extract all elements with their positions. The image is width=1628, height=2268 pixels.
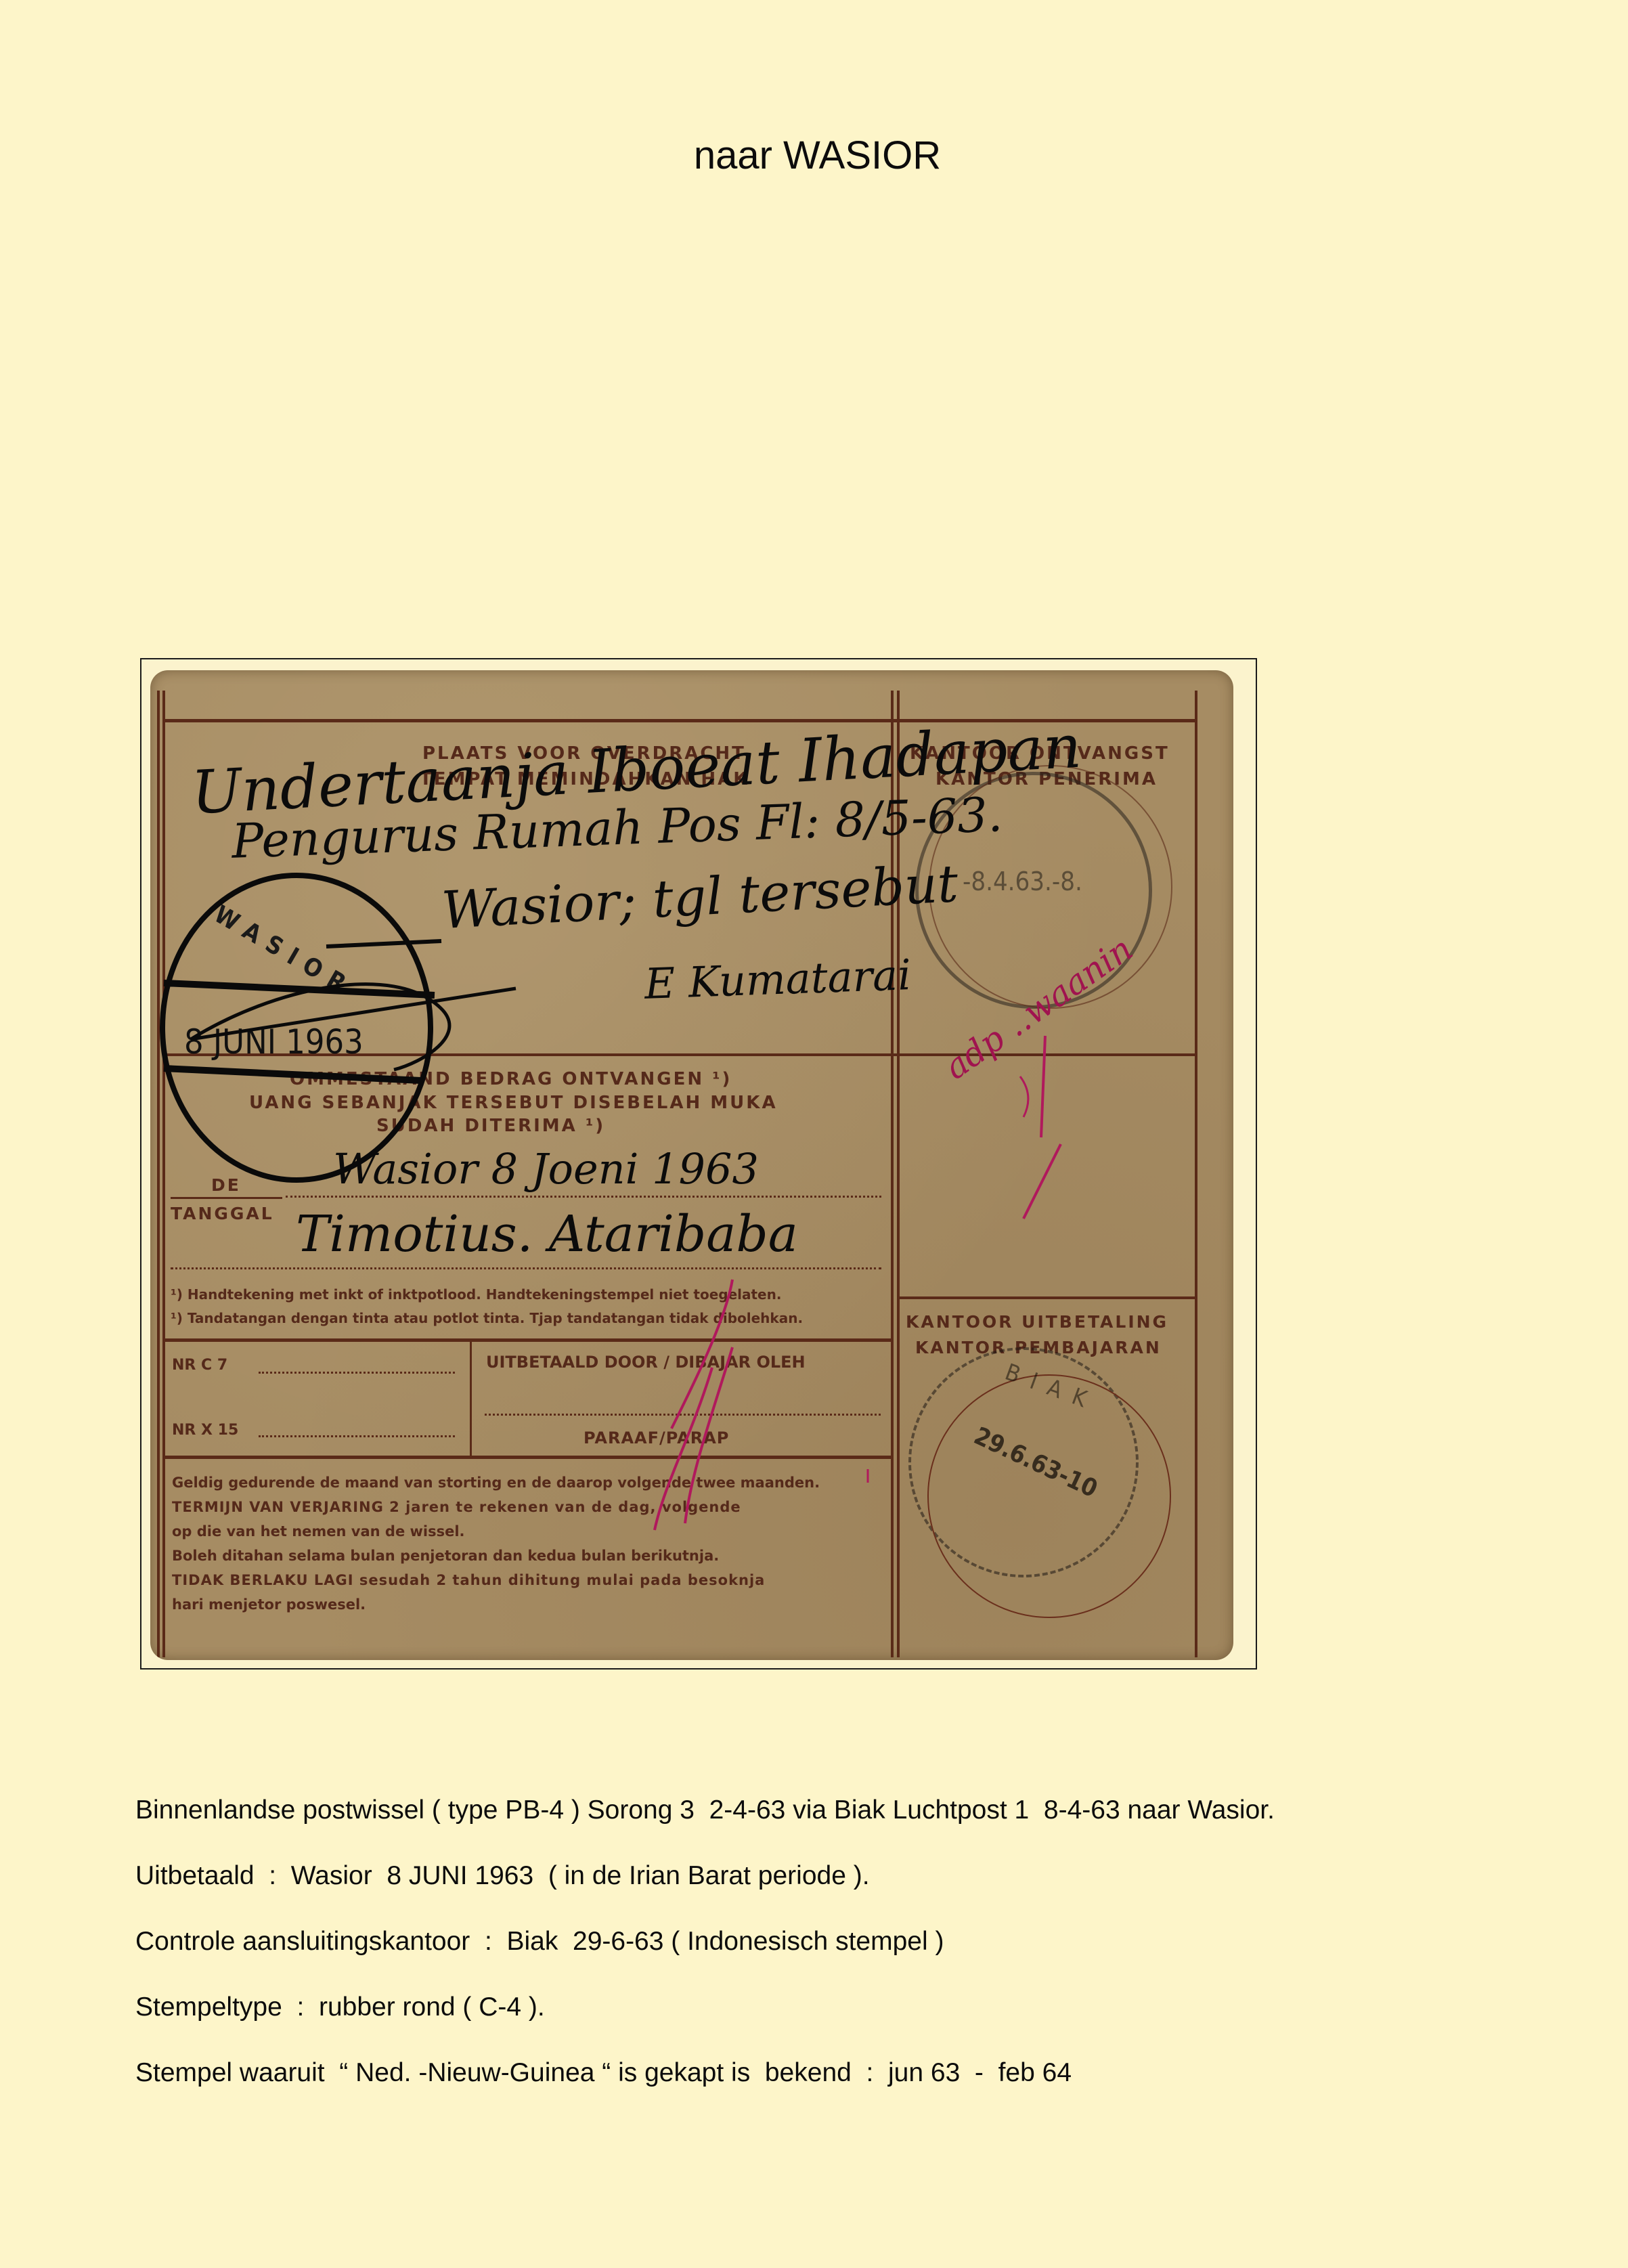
page-title: naar WASIOR	[0, 133, 1628, 178]
ink-strokes	[150, 670, 1233, 1660]
caption-line: Stempeltype : rubber rond ( C-4 ).	[135, 1992, 545, 2022]
postal-money-order-card: PLAATS VOOR OVERDRACHT TEMPAT MEMINDAHKA…	[150, 670, 1233, 1660]
caption-line: Controle aansluitingskantoor : Biak 29-6…	[135, 1927, 944, 1957]
caption-line: Stempel waaruit “ Ned. -Nieuw-Guinea “ i…	[135, 2058, 1072, 2088]
caption-line: Uitbetaald : Wasior 8 JUNI 1963 ( in de …	[135, 1861, 870, 1891]
caption-line: Binnenlandse postwissel ( type PB-4 ) So…	[135, 1795, 1275, 1825]
